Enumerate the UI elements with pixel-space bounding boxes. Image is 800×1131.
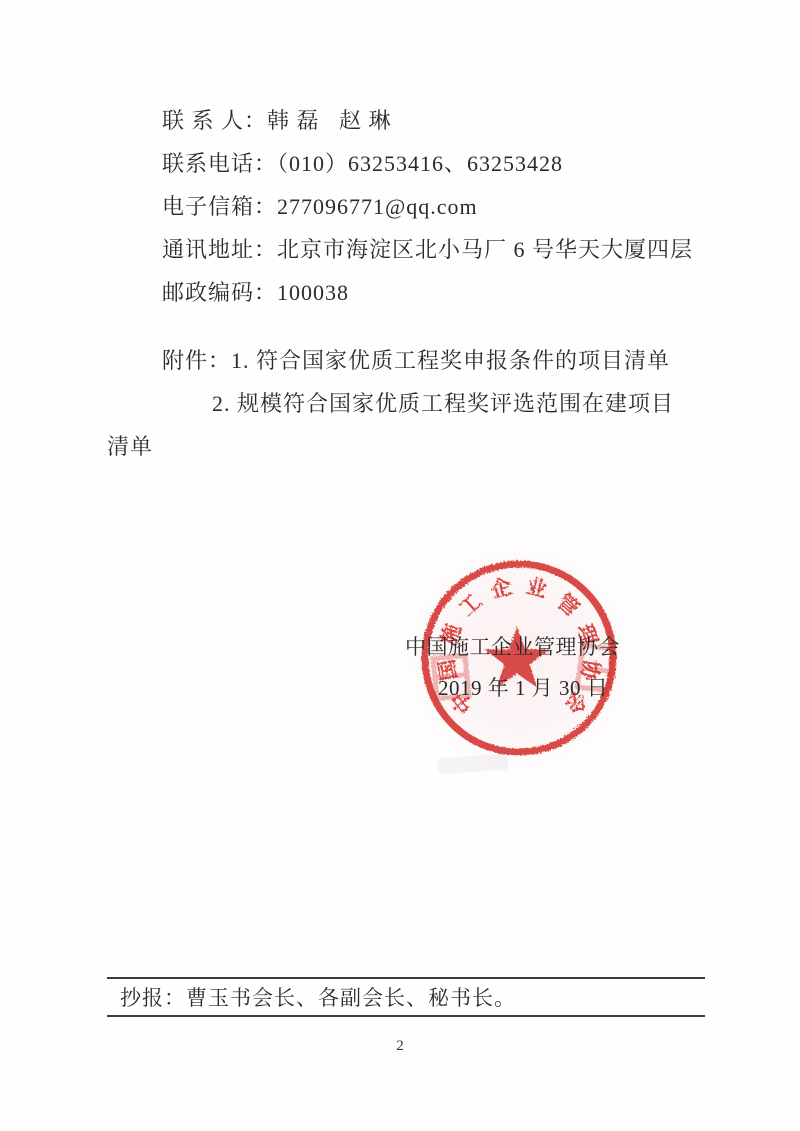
attachment-line-2: 2. 规模符合国家优质工程奖评选范围在建项目 — [212, 393, 674, 415]
signature-org-name: 中国施工企业管理协会 — [405, 637, 620, 658]
page-number: 2 — [0, 1039, 800, 1054]
footer-cc-line: 抄报：曹玉书会长、各副会长、秘书长。 — [120, 988, 516, 1009]
footer-rule-top — [107, 977, 705, 979]
contact-phone-line: 联系电话：（010）63253416、63253428 — [162, 153, 563, 175]
contact-postcode-line: 邮政编码：100038 — [162, 282, 349, 304]
attachment-line-1: 附件：1. 符合国家优质工程奖申报条件的项目清单 — [162, 350, 670, 372]
attachment-line-3: 清单 — [107, 436, 153, 458]
official-seal-stamp: 中国施工企业管理协会 — [395, 535, 645, 790]
footer-rule-bottom — [107, 1015, 705, 1017]
signature-date: 2019 年 1 月 30 日 — [438, 678, 608, 699]
document-page: 联 系 人：韩 磊 赵 琳 联系电话：（010）63253416、6325342… — [0, 0, 800, 1131]
contact-email-line: 电子信箱：277096771@qq.com — [162, 196, 478, 218]
seal-icon: 中国施工企业管理协会 — [395, 535, 645, 785]
contact-address-line: 通讯地址：北京市海淀区北小马厂 6 号华天大厦四层 — [162, 239, 693, 261]
contact-person-line: 联 系 人：韩 磊 赵 琳 — [162, 110, 392, 132]
